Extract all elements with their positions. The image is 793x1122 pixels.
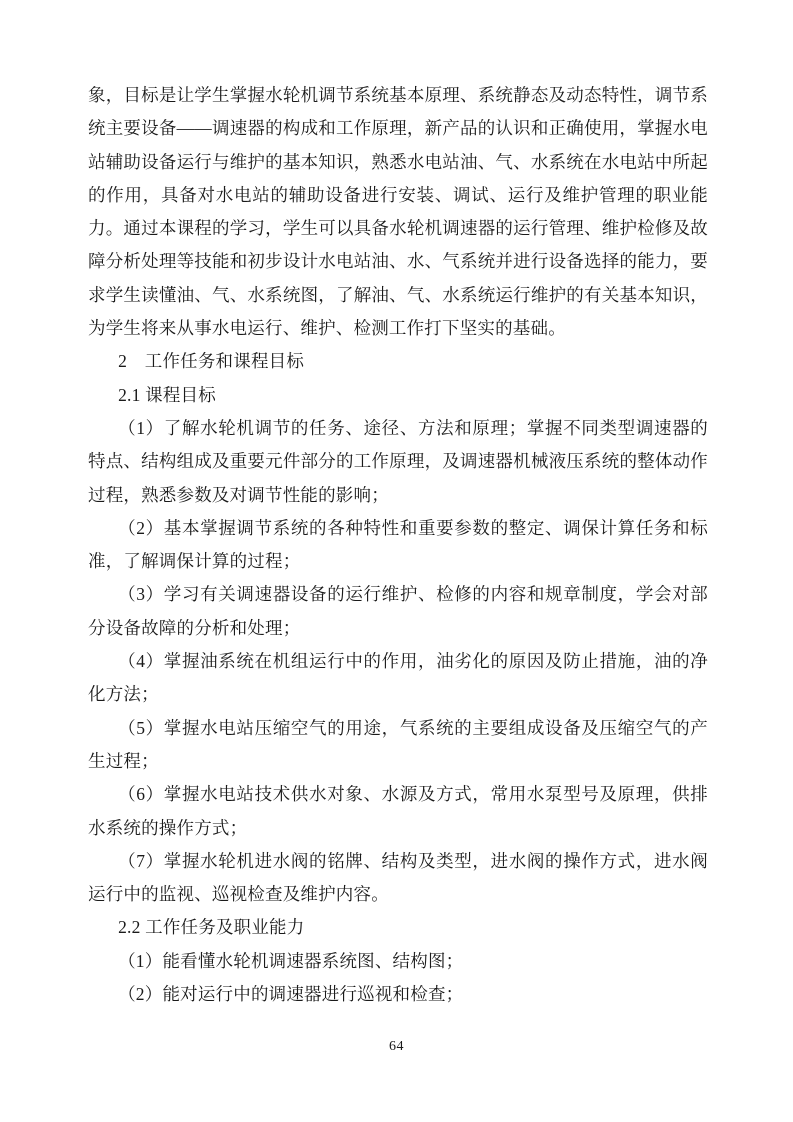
list-item-paragraph: （5）掌握水电站压缩空气的用途，气系统的主要组成设备及压缩空气的产生过程； xyxy=(88,712,708,779)
section-heading: 2 工作任务和课程目标 xyxy=(88,345,708,378)
list-item-paragraph: （1）能看懂水轮机调速器系统图、结构图； xyxy=(88,945,708,978)
list-item-paragraph: （1）了解水轮机调节的任务、途径、方法和原理；掌握不同类型调速器的特点、结构组成… xyxy=(88,412,708,512)
subsection-heading: 2.1 课程目标 xyxy=(88,379,708,412)
document-body: 象，目标是让学生掌握水轮机调节系统基本原理、系统静态及动态特性，调节系统主要设备… xyxy=(88,79,708,1011)
list-item-paragraph: （4）掌握油系统在机组运行中的作用，油劣化的原因及防止措施，油的净化方法； xyxy=(88,645,708,712)
page-footer: 64 xyxy=(0,1037,793,1056)
document-page: 象，目标是让学生掌握水轮机调节系统基本原理、系统静态及动态特性，调节系统主要设备… xyxy=(0,0,793,1122)
list-item-paragraph: （7）掌握水轮机进水阀的铭牌、结构及类型，进水阀的操作方式，进水阀运行中的监视、… xyxy=(88,845,708,912)
list-item-paragraph: （2）能对运行中的调速器进行巡视和检查； xyxy=(88,978,708,1011)
subsection-heading: 2.2 工作任务及职业能力 xyxy=(88,911,708,944)
page-number: 64 xyxy=(389,1039,404,1054)
list-item-paragraph: （3）学习有关调速器设备的运行维护、检修的内容和规章制度，学会对部分设备故障的分… xyxy=(88,578,708,645)
body-paragraph: 象，目标是让学生掌握水轮机调节系统基本原理、系统静态及动态特性，调节系统主要设备… xyxy=(88,79,708,345)
list-item-paragraph: （6）掌握水电站技术供水对象、水源及方式，常用水泵型号及原理，供排水系统的操作方… xyxy=(88,778,708,845)
list-item-paragraph: （2）基本掌握调节系统的各种特性和重要参数的整定、调保计算任务和标准，了解调保计… xyxy=(88,512,708,579)
